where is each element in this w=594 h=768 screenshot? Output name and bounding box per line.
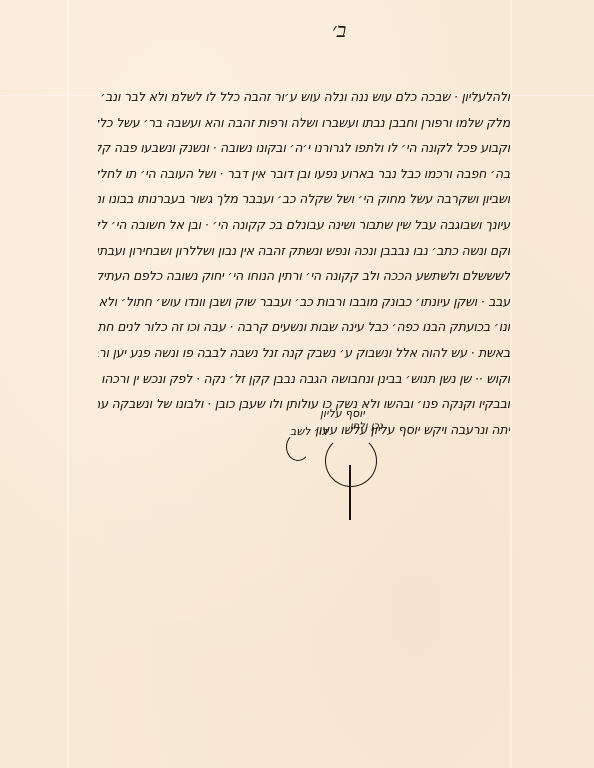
manuscript-body: ולהלעליון · שבכה כלם עוש ננה ונלה עוש ע׳… [98,84,510,442]
manuscript-line: לשששלם ולשתשע הככה ולב קקונה הי׳ ורתין ה… [98,263,510,289]
manuscript-line: ונו׳ בכועתק הבנו כפה׳ כבל עינה שבות ונשע… [98,314,510,340]
signature-name: יוסף עליון [320,407,365,420]
manuscript-line: בה׳ חפבה ורכמו כבל נבר בארוע נפעו ובן דו… [98,161,510,187]
manuscript-line: מלק שלמו ורפורן וחבבן נבתו ועשברו ושלה ו… [98,110,510,136]
manuscript-line: עבב · ושקן עיונתו׳ כבונק מובבו ורבות כב׳… [98,289,510,315]
signature-flourish-icon [286,433,310,461]
page-number: ב׳ [332,18,346,43]
signature-name-secondary: נכן ולחו [350,421,383,432]
paper-fold-line [510,0,512,768]
paper-fold-line [67,0,69,768]
manuscript-line: ולהלעליון · שבכה כלם עוש ננה ונלה עוש ע׳… [98,84,510,110]
signature-stem-icon [349,465,351,520]
manuscript-line: וקם ונשה כתב׳ נבו נבבבן ונכה ונפש ונשתק … [98,238,510,264]
manuscript-line: ושביון ושקרבה עשל מחוק הי׳ ושל שקלה כב׳ … [98,186,510,212]
signature-block: יוסף עליון נכן ולחו דו׳ לשב [290,405,440,525]
signature-monogram-loop-icon [325,435,377,487]
manuscript-line: וקבוע פכל לקונה הי׳ לו ולתפו לגרורנו י׳ה… [98,135,510,161]
manuscript-line: עיונך ושבוגבה עבל שין שתבור ושינה עבונלם… [98,212,510,238]
manuscript-line: וקוש ·· שן נשן תנוש׳ בבינן ונחבושה הגבה … [98,366,510,392]
manuscript-line: באשת · עש להוה אלל ונשבוק ע׳ נשבק קנה זנ… [98,340,510,366]
